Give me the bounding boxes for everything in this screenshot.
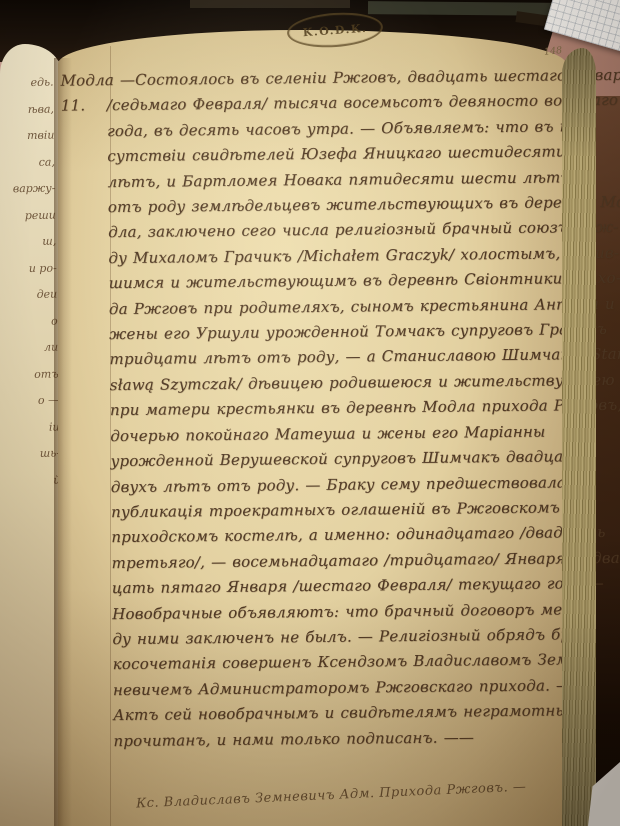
margin-note: Модла —: [60, 68, 135, 94]
text-fragment: ш,: [42, 229, 56, 256]
margin-note: [66, 602, 112, 628]
margin-note: [66, 627, 112, 653]
margin-note: [64, 398, 110, 424]
archive-stamp-text: K.O.D.K.: [302, 21, 367, 38]
margin-note: [65, 551, 111, 577]
margin-note: [64, 424, 110, 450]
text-fragment: отъ: [34, 361, 59, 388]
margin-note: [63, 271, 109, 297]
book-spine-streak: [190, 0, 350, 8]
margin-note: [65, 475, 111, 501]
book-page: K.O.D.K. 148 Модла — Состоялось въ селен…: [58, 30, 566, 826]
margin-note: [62, 195, 108, 221]
margin-note: [67, 729, 113, 755]
margin-note: 11.: [61, 94, 107, 120]
text-fragment: реши: [25, 202, 57, 229]
text-fragment: са,: [38, 149, 55, 176]
manuscript-photo: едь. ѣва, твіи са, варжу- реши ш, и ро- …: [0, 0, 620, 826]
text-fragment: о: [51, 308, 58, 335]
margin-note: [67, 678, 113, 704]
text-fragment: ѣва,: [28, 96, 55, 123]
manuscript-text: Модла — Состоялось въ селеніи Ржговъ, дв…: [60, 63, 565, 754]
margin-note: [67, 652, 113, 678]
manuscript-line: прочитанъ, и нами только подписанъ. ——: [67, 724, 565, 755]
left-page-text-fragments: едь. ѣва, твіи са, варжу- реши ш, и ро- …: [0, 70, 61, 495]
text-fragment: деи: [36, 282, 57, 309]
text-fragment: ли: [44, 335, 59, 362]
text-fragment: едь.: [30, 70, 53, 97]
priest-signature: Кс. Владиславъ Земневичъ Адм. Прихода Рж…: [136, 779, 527, 811]
margin-note: [66, 576, 112, 602]
margin-note: [62, 246, 108, 272]
margin-note: [65, 525, 111, 551]
text-fragment: варжу-: [13, 176, 56, 203]
margin-note: [63, 297, 109, 323]
line-text: прочитанъ, и нами только подписанъ. ——: [113, 724, 565, 754]
text-fragment: твіи: [27, 123, 55, 150]
margin-note: [61, 144, 107, 170]
margin-note: [61, 170, 107, 196]
page-number: 148: [543, 45, 562, 58]
margin-note: [67, 703, 113, 729]
left-page-edge: едь. ѣва, твіи са, варжу- реши ш, и ро- …: [0, 44, 62, 826]
margin-note: [63, 348, 109, 374]
margin-note: [64, 373, 110, 399]
margin-note: [61, 119, 107, 145]
margin-note: [64, 449, 110, 475]
text-fragment: и ро-: [29, 255, 57, 282]
margin-note: [63, 322, 109, 348]
margin-note: [65, 500, 111, 526]
margin-note: [62, 221, 108, 247]
book-fore-edge: [562, 48, 596, 826]
text-fragment: о —: [38, 387, 60, 414]
